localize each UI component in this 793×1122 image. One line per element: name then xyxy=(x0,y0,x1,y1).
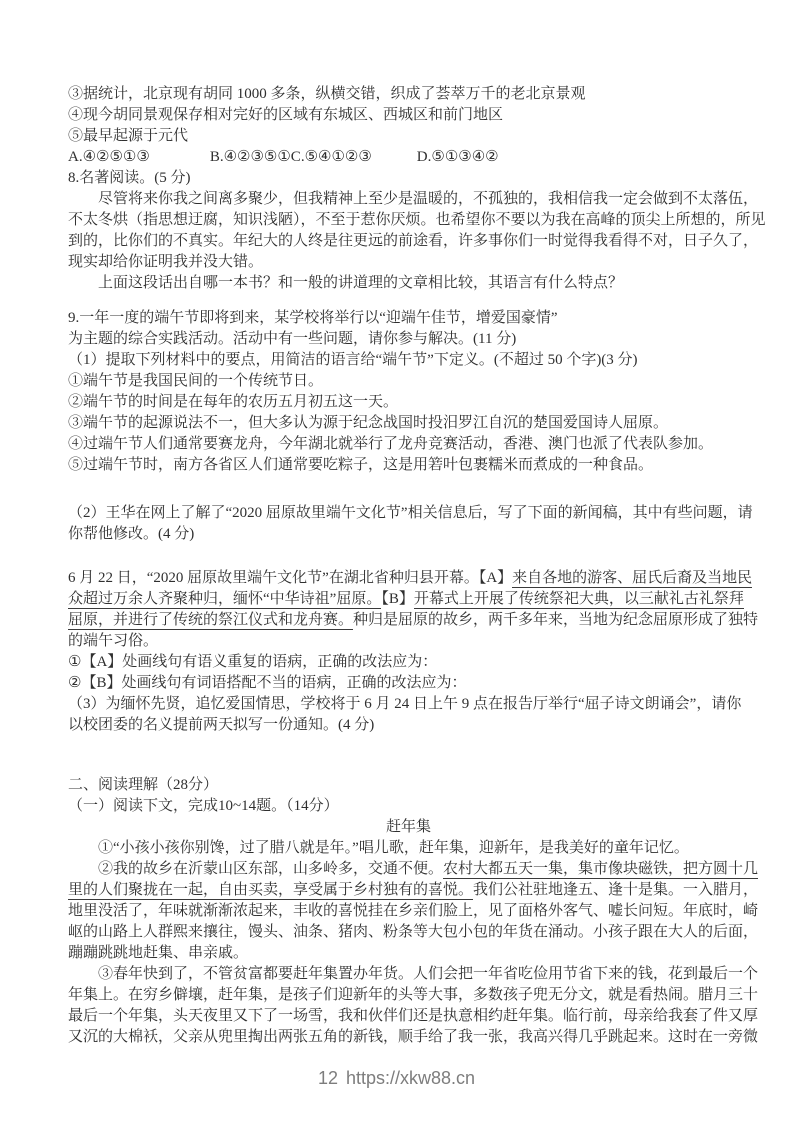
underlined-segment: 农村大都五天一集，集市像块磁铁，把方圆十几 xyxy=(443,861,758,879)
text-segment: 你帮他修改。(4 分) xyxy=(68,526,194,542)
news-draft-line: 6 月 22 日，“2020 屈原故里端午文化节”在湖北省种归县开幕。【A】来自… xyxy=(68,568,749,589)
text-segment: ②我的故乡在沂蒙山区东部，山多岭多，交通不便。 xyxy=(98,861,443,877)
question-8-header: 8.名著阅读。(5 分) xyxy=(68,168,749,189)
text-segment: 现实却给你证明我并没大错。 xyxy=(68,254,263,270)
reading-passage-line: ③春年快到了，不管贫富都要赶年集置办年货。人们会把一年省吃俭用节省下来的钱，花到… xyxy=(68,964,749,985)
text-segment: ⑤最早起源于元代 xyxy=(68,128,188,144)
text-segment: ③据统计，北京现有胡同 1000 多条，纵横交错，织成了荟萃万千的老北京景观 xyxy=(68,86,586,102)
text-segment: ④过端午节人们通常要赛龙舟，今年湖北就举行了龙舟竞赛活动，香港、澳门也派了代表队… xyxy=(68,436,713,452)
text-segment: ①【A】处画线句有语义重复的语病，正确的改法应为： xyxy=(68,654,437,670)
text-segment: 9.一年一度的端午节即将到来，某学校将举行以“迎端午佳节，增爱国豪情” xyxy=(68,310,558,326)
ordering-item-5: ⑤最早起源于元代 xyxy=(68,126,749,147)
reading-passage-line: ②我的故乡在沂蒙山区东部，山多岭多，交通不便。农村大都五天一集，集市像块磁铁，把… xyxy=(68,859,749,880)
text-segment: （2）王华在网上了解了“2020 屈原故里端午文化节”相关信息后，写了下面的新闻… xyxy=(68,505,753,521)
text-segment: 年集上。在穷乡僻壤，赶年集，是孩子们迎新年的头等大事，多数孩子兜无分文，就是看热… xyxy=(68,987,758,1003)
text-segment: 上面这段话出自哪一本书？和一般的讲道理的文章相比较，其语言有什么特点？ xyxy=(98,275,623,291)
question-8-passage-line: 不太冬烘（指思想迂腐，知识浅陋），不至于惹你厌烦。也希望你不要以为我在高峰的顶尖… xyxy=(68,210,749,231)
underlined-segment: 屈原，并进行了传统的祭江仪式和龙舟赛。 xyxy=(68,612,353,630)
choice-options-row: A.④②⑤①③ B.④②③⑤①C.⑤④①②③ D.⑤①③④② xyxy=(68,147,749,168)
text-segment: 不太冬烘（指思想迂腐，知识浅陋），不至于惹你厌烦。也希望你不要以为我在高峰的顶尖… xyxy=(68,212,766,228)
question-9-part3-prompt-line: 以校团委的名义提前两天拟写一份通知。(4 分) xyxy=(68,715,749,736)
text-segment: ②端午节的时间是在每年的农历五月初五这一天。 xyxy=(68,394,398,410)
page-footer: 12https://xkw88.cn xyxy=(0,1068,793,1089)
reading-passage-line: 地里没活了，年味就渐渐浓起来，丰收的喜悦挂在乡亲们脸上，见了面格外客气、嘘长问短… xyxy=(68,901,749,922)
reading-passage-line: 年集上。在穷乡僻壤，赶年集，是孩子们迎新年的头等大事，多数孩子兜无分文，就是看热… xyxy=(68,985,749,1006)
text-segment: ③端午节的起源说法不一，但大多认为源于纪念战国时投汨罗江自沉的楚国爱国诗人屈原。 xyxy=(68,415,668,431)
duanwu-material-item: ④过端午节人们通常要赛龙舟，今年湖北就举行了龙舟竞赛活动，香港、澳门也派了代表队… xyxy=(68,434,749,455)
text-segment: 尽管将来你我之间离多聚少，但我精神上至少是温暖的，不孤独的，我相信我一定会做到不… xyxy=(98,191,758,207)
question-9-part2-prompt-line: 你帮他修改。(4 分) xyxy=(68,524,749,545)
text-segment: 岖的山路上人群熙来攘往，馒头、油条、猪肉、粉条等大包小包的年货在涌动。小孩子跟在… xyxy=(68,924,758,940)
reading-1-instruction: （一）阅读下文，完成10~14题。（14分） xyxy=(68,796,749,817)
text-segment: 蹦蹦跳跳地赶集、串亲戚。 xyxy=(68,945,248,961)
underlined-segment: 里的人们聚拢在一起，自由买卖，享受属于乡村独有的喜悦。 xyxy=(68,882,473,900)
reading-passage-line: 蹦蹦跳跳地赶集、串亲戚。 xyxy=(68,943,749,964)
revision-task-a: ①【A】处画线句有语义重复的语病，正确的改法应为： xyxy=(68,652,749,673)
exam-page: ③据统计，北京现有胡同 1000 多条，纵横交错，织成了荟萃万千的老北京景观④现… xyxy=(0,0,793,1122)
news-draft-line: 的端午习俗。 xyxy=(68,631,749,652)
text-segment: 种归是屈原的故乡，两千多年来，当地为纪念屈原形成了独特 xyxy=(353,612,758,628)
page-number: 12 xyxy=(318,1068,338,1088)
text-segment: （3）为缅怀先贤，追忆爱国情思，学校将于 6 月 24 日上午 9 点在报告厅举… xyxy=(68,696,741,712)
text-segment: A.④②⑤①③ B.④②③⑤①C.⑤④①②③ D.⑤①③④② xyxy=(68,149,499,165)
question-9-intro-line: 为主题的综合实践活动。活动中有一些问题，请你参与解决。(11 分) xyxy=(68,329,749,350)
duanwu-material-item: ①端午节是我国民间的一个传统节日。 xyxy=(68,371,749,392)
text-segment: 为主题的综合实践活动。活动中有一些问题，请你参与解决。(11 分) xyxy=(68,331,516,347)
text-segment: ②【B】处画线句有词语搭配不当的语病，正确的改法应为： xyxy=(68,675,466,691)
question-8-prompt: 上面这段话出自哪一本书？和一般的讲道理的文章相比较，其语言有什么特点？ xyxy=(68,273,749,294)
text-segment: ④现今胡同景观保存相对完好的区域有东城区、西城区和前门地区 xyxy=(68,107,503,123)
news-draft-line: 屈原，并进行了传统的祭江仪式和龙舟赛。种归是屈原的故乡，两千多年来，当地为纪念屈… xyxy=(68,610,749,631)
question-8-passage-line: 尽管将来你我之间离多聚少，但我精神上至少是温暖的，不孤独的，我相信我一定会做到不… xyxy=(68,189,749,210)
question-9-intro-line: 9.一年一度的端午节即将到来，某学校将举行以“迎端午佳节，增爱国豪情” xyxy=(68,308,749,329)
revision-task-b: ②【B】处画线句有词语搭配不当的语病，正确的改法应为： xyxy=(68,673,749,694)
text-segment: 我们公社驻地逢五、逢十是集。一入腊月， xyxy=(473,882,758,898)
question-9-part2-prompt-line: （2）王华在网上了解了“2020 屈原故里端午文化节”相关信息后，写了下面的新闻… xyxy=(68,503,749,524)
question-9-part1-prompt: （1）提取下列材料中的要点，用简洁的语言给“端午节”下定义。(不超过 50 个字… xyxy=(68,350,749,371)
text-segment: 6 月 22 日，“2020 屈原故里端午文化节”在湖北省种归县开幕。【A】 xyxy=(68,570,512,586)
ordering-item-4: ④现今胡同景观保存相对完好的区域有东城区、西城区和前门地区 xyxy=(68,105,749,126)
underlined-segment: 众超过万余人齐聚种归，缅怀“中华诗祖”屈原。 xyxy=(68,591,381,609)
text-segment: 二、阅读理解（28分） xyxy=(68,777,218,793)
underlined-segment: 来自各地的游客、屈氏后裔及当地民 xyxy=(512,570,752,588)
reading-passage-line: 最后一个年集，头天夜里又下了一场雪，我和伙伴们还是执意相约赶年集。临行前，母亲给… xyxy=(68,1006,749,1027)
text-segment: 又沉的大棉袄，父亲从兜里掏出两张五角的新钱，顺手给了我一张，我高兴得几乎跳起来。… xyxy=(68,1029,758,1045)
duanwu-material-item: ②端午节的时间是在每年的农历五月初五这一天。 xyxy=(68,392,749,413)
reading-passage-line: 里的人们聚拢在一起，自由买卖，享受属于乡村独有的喜悦。我们公社驻地逢五、逢十是集… xyxy=(68,880,749,901)
text-segment: ⑤过端午节时，南方各省区人们通常要吃粽子，这是用箬叶包裹糯米而煮成的一种食品。 xyxy=(68,457,653,473)
text-segment: 以校团委的名义提前两天拟写一份通知。(4 分) xyxy=(68,717,374,733)
text-segment: 赶年集 xyxy=(386,819,431,835)
question-8-passage-line: 到的，比你们的不真实。年纪大的人终是往更远的前途看，许多事你们一时觉得我看得不对… xyxy=(68,231,749,252)
text-segment: 到的，比你们的不真实。年纪大的人终是往更远的前途看，许多事你们一时觉得我看得不对… xyxy=(68,233,758,249)
duanwu-material-item: ③端午节的起源说法不一，但大多认为源于纪念战国时投汨罗江自沉的楚国爱国诗人屈原。 xyxy=(68,413,749,434)
text-segment: 【B】 xyxy=(381,591,414,607)
ordering-item-3: ③据统计，北京现有胡同 1000 多条，纵横交错，织成了荟萃万千的老北京景观 xyxy=(68,84,749,105)
section-2-header: 二、阅读理解（28分） xyxy=(68,775,749,796)
text-segment: ③春年快到了，不管贫富都要赶年集置办年货。人们会把一年省吃俭用节省下来的钱，花到… xyxy=(98,966,758,982)
text-segment: 最后一个年集，头天夜里又下了一场雪，我和伙伴们还是执意相约赶年集。临行前，母亲给… xyxy=(68,1008,758,1024)
reading-passage-line: 又沉的大棉袄，父亲从兜里掏出两张五角的新钱，顺手给了我一张，我高兴得几乎跳起来。… xyxy=(68,1027,749,1048)
news-draft-line: 众超过万余人齐聚种归，缅怀“中华诗祖”屈原。【B】开幕式上开展了传统祭祀大典，以… xyxy=(68,589,749,610)
document-body: ③据统计，北京现有胡同 1000 多条，纵横交错，织成了荟萃万千的老北京景观④现… xyxy=(68,84,749,1048)
text-segment: 8.名著阅读。(5 分) xyxy=(68,170,191,186)
text-segment: 地里没活了，年味就渐渐浓起来，丰收的喜悦挂在乡亲们脸上，见了面格外客气、嘘长问短… xyxy=(68,903,758,919)
duanwu-material-item: ⑤过端午节时，南方各省区人们通常要吃粽子，这是用箬叶包裹糯米而煮成的一种食品。 xyxy=(68,455,749,476)
text-segment: ①端午节是我国民间的一个传统节日。 xyxy=(68,373,323,389)
text-segment: （一）阅读下文，完成10~14题。（14分） xyxy=(68,798,339,814)
underlined-segment: 开幕式上开展了传统祭祀大典，以三献礼古礼祭拜 xyxy=(414,591,744,609)
question-9-part3-prompt-line: （3）为缅怀先贤，追忆爱国情思，学校将于 6 月 24 日上午 9 点在报告厅举… xyxy=(68,694,749,715)
watermark-url[interactable]: https://xkw88.cn xyxy=(346,1068,475,1088)
text-segment: （1）提取下列材料中的要点，用简洁的语言给“端午节”下定义。(不超过 50 个字… xyxy=(68,352,638,368)
reading-title: 赶年集 xyxy=(68,817,749,838)
question-8-passage-line: 现实却给你证明我并没大错。 xyxy=(68,252,749,273)
reading-passage-line: ①“小孩小孩你别馋，过了腊八就是年。”唱儿歌，赶年集，迎新年，是我美好的童年记忆… xyxy=(68,838,749,859)
text-segment: 的端午习俗。 xyxy=(68,633,158,649)
text-segment: ①“小孩小孩你别馋，过了腊八就是年。”唱儿歌，赶年集，迎新年，是我美好的童年记忆… xyxy=(98,840,689,856)
reading-passage-line: 岖的山路上人群熙来攘往，馒头、油条、猪肉、粉条等大包小包的年货在涌动。小孩子跟在… xyxy=(68,922,749,943)
